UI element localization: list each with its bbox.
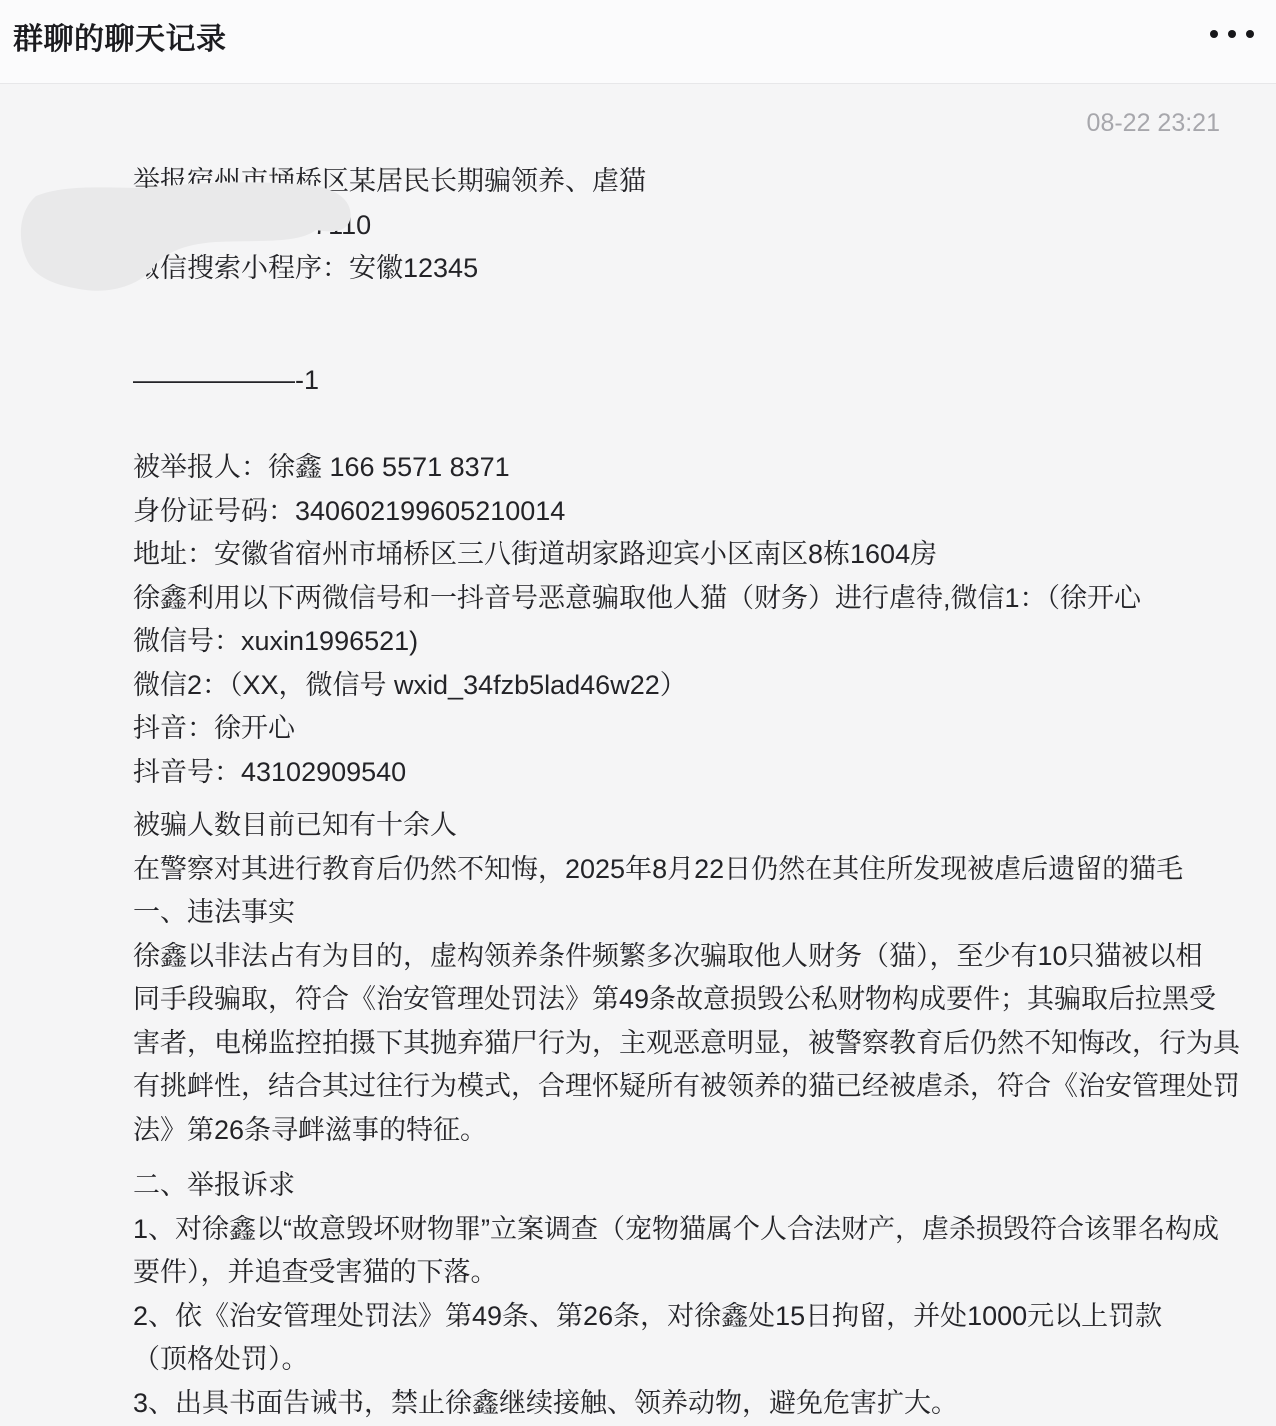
chat-content: 08-22 23:21 举报宿州市埇桥区某居民长期骗领养、虐猫报警电话：0557… [0,84,1276,1425]
message-line: （顶格处罚）。 [133,1338,1236,1382]
dot [1246,30,1254,38]
message-line: 一、违法事实 [133,891,1236,935]
titlebar: 群聊的聊天记录 [0,0,1276,84]
message-body: 举报宿州市埇桥区某居民长期骗领养、虐猫报警电话：0557110微信搜索小程序：安… [0,160,1276,1425]
message-line: 身份证号码：340602199605210014 [133,490,1236,534]
message-line: 害者，电梯监控拍摄下其抛弃猫尸行为，主观恶意明显，被警察教育后仍然不知悔改，行为… [133,1022,1236,1066]
message-line: 徐鑫以非法占有为目的，虚构领养条件频繁多次骗取他人财务（猫），至少有10只猫被以… [133,935,1236,979]
message-line: 1、对徐鑫以“故意毁坏财物罪”立案调查（宠物猫属个人合法财产，虐杀损毁符合该罪名… [133,1208,1236,1252]
message-line: 微信号：xuxin1996521) [133,620,1236,664]
paragraph-demands: 二、举报诉求1、对徐鑫以“故意毁坏财物罪”立案调查（宠物猫属个人合法财产，虐杀损… [133,1164,1236,1425]
message-line: 抖音号：43102909540 [133,751,1236,795]
message-line: 2、依《治安管理处罚法》第49条、第26条，对徐鑫处15日拘留，并处1000元以… [133,1295,1236,1339]
message-line: 徐鑫利用以下两微信号和一抖音号恶意骗取他人猫（财务）进行虐待,微信1：（徐开心 [133,577,1236,621]
message-line: 二、举报诉求 [133,1164,1236,1208]
ellipsis-menu-icon[interactable] [1206,26,1258,42]
paragraph-divider: ——————-1 [133,359,1236,403]
redacted-sender-name-smudge [16,182,356,297]
message-timestamp: 08-22 23:21 [0,84,1276,136]
dot [1210,30,1218,38]
page-title: 群聊的聊天记录 [13,14,227,58]
message-line: 被举报人：徐鑫 166 5571 8371 [133,446,1236,490]
message-line: 微信2：（XX，微信号 wxid_34fzb5lad46w22） [133,664,1236,708]
message-line: 同手段骗取，符合《治安管理处罚法》第49条故意损毁公私财物构成要件；其骗取后拉黑… [133,978,1236,1022]
chat-history-window: 群聊的聊天记录 08-22 23:21 举报宿州市埇桥区某居民长期骗领养、虐猫报… [0,0,1276,1426]
paragraph-facts: 被骗人数目前已知有十余人在警察对其进行教育后仍然不知悔，2025年8月22日仍然… [133,804,1236,1152]
dot [1228,30,1236,38]
message-line: 被骗人数目前已知有十余人 [133,804,1236,848]
message-line: 要件），并追查受害猫的下落。 [133,1251,1236,1295]
message-line: 抖音：徐开心 [133,707,1236,751]
message-line: 3、出具书面告诫书，禁止徐鑫继续接触、领养动物，避免危害扩大。 [133,1382,1236,1426]
message-line: ——————-1 [133,359,1236,403]
message-line: 有挑衅性，结合其过往行为模式，合理怀疑所有被领养的猫已经被虐杀，符合《治安管理处… [133,1065,1236,1109]
paragraph-subject-info: 被举报人：徐鑫 166 5571 8371身份证号码：3406021996052… [133,446,1236,794]
message-line: 在警察对其进行教育后仍然不知悔，2025年8月22日仍然在其住所发现被虐后遗留的… [133,848,1236,892]
message-line: 地址：安徽省宿州市埇桥区三八街道胡家路迎宾小区南区8栋1604房 [133,533,1236,577]
message-line: 法》第26条寻衅滋事的特征。 [133,1109,1236,1153]
